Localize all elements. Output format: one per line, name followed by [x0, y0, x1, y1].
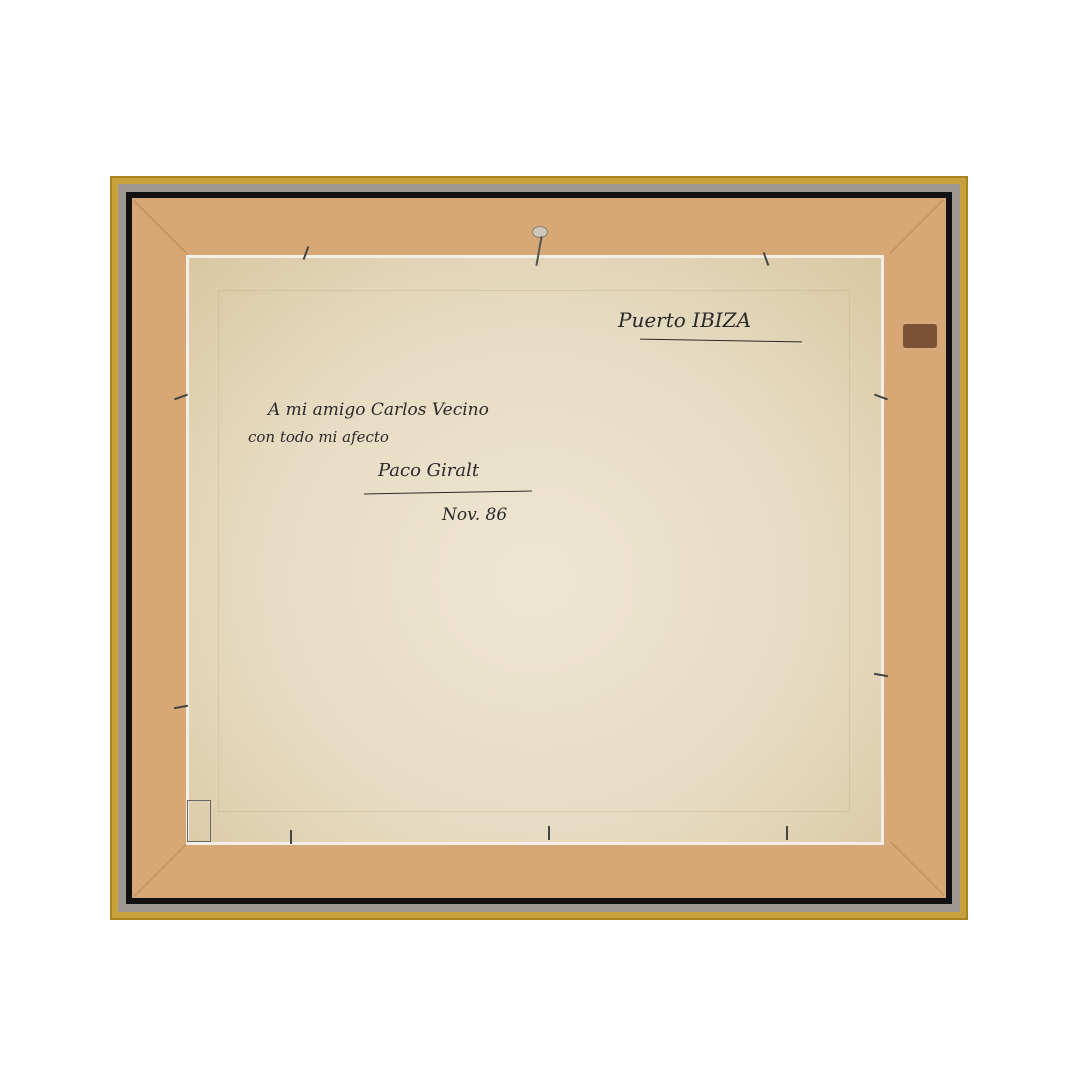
- nail-icon: [786, 826, 788, 840]
- paper-patch: [903, 324, 937, 348]
- nail-icon: [290, 830, 292, 844]
- dedication-line-2: con todo mi afecto: [248, 428, 389, 446]
- frame-maker-stamp: [187, 800, 211, 842]
- dedication-line-1: A mi amigo Carlos Vecino: [268, 400, 489, 420]
- date-inscription: Nov. 86: [442, 505, 507, 525]
- backing-board-inset: [218, 290, 850, 812]
- nail-icon: [548, 826, 550, 840]
- artist-signature: Paco Giralt: [378, 460, 479, 481]
- title-inscription: Puerto IBIZA: [618, 308, 751, 332]
